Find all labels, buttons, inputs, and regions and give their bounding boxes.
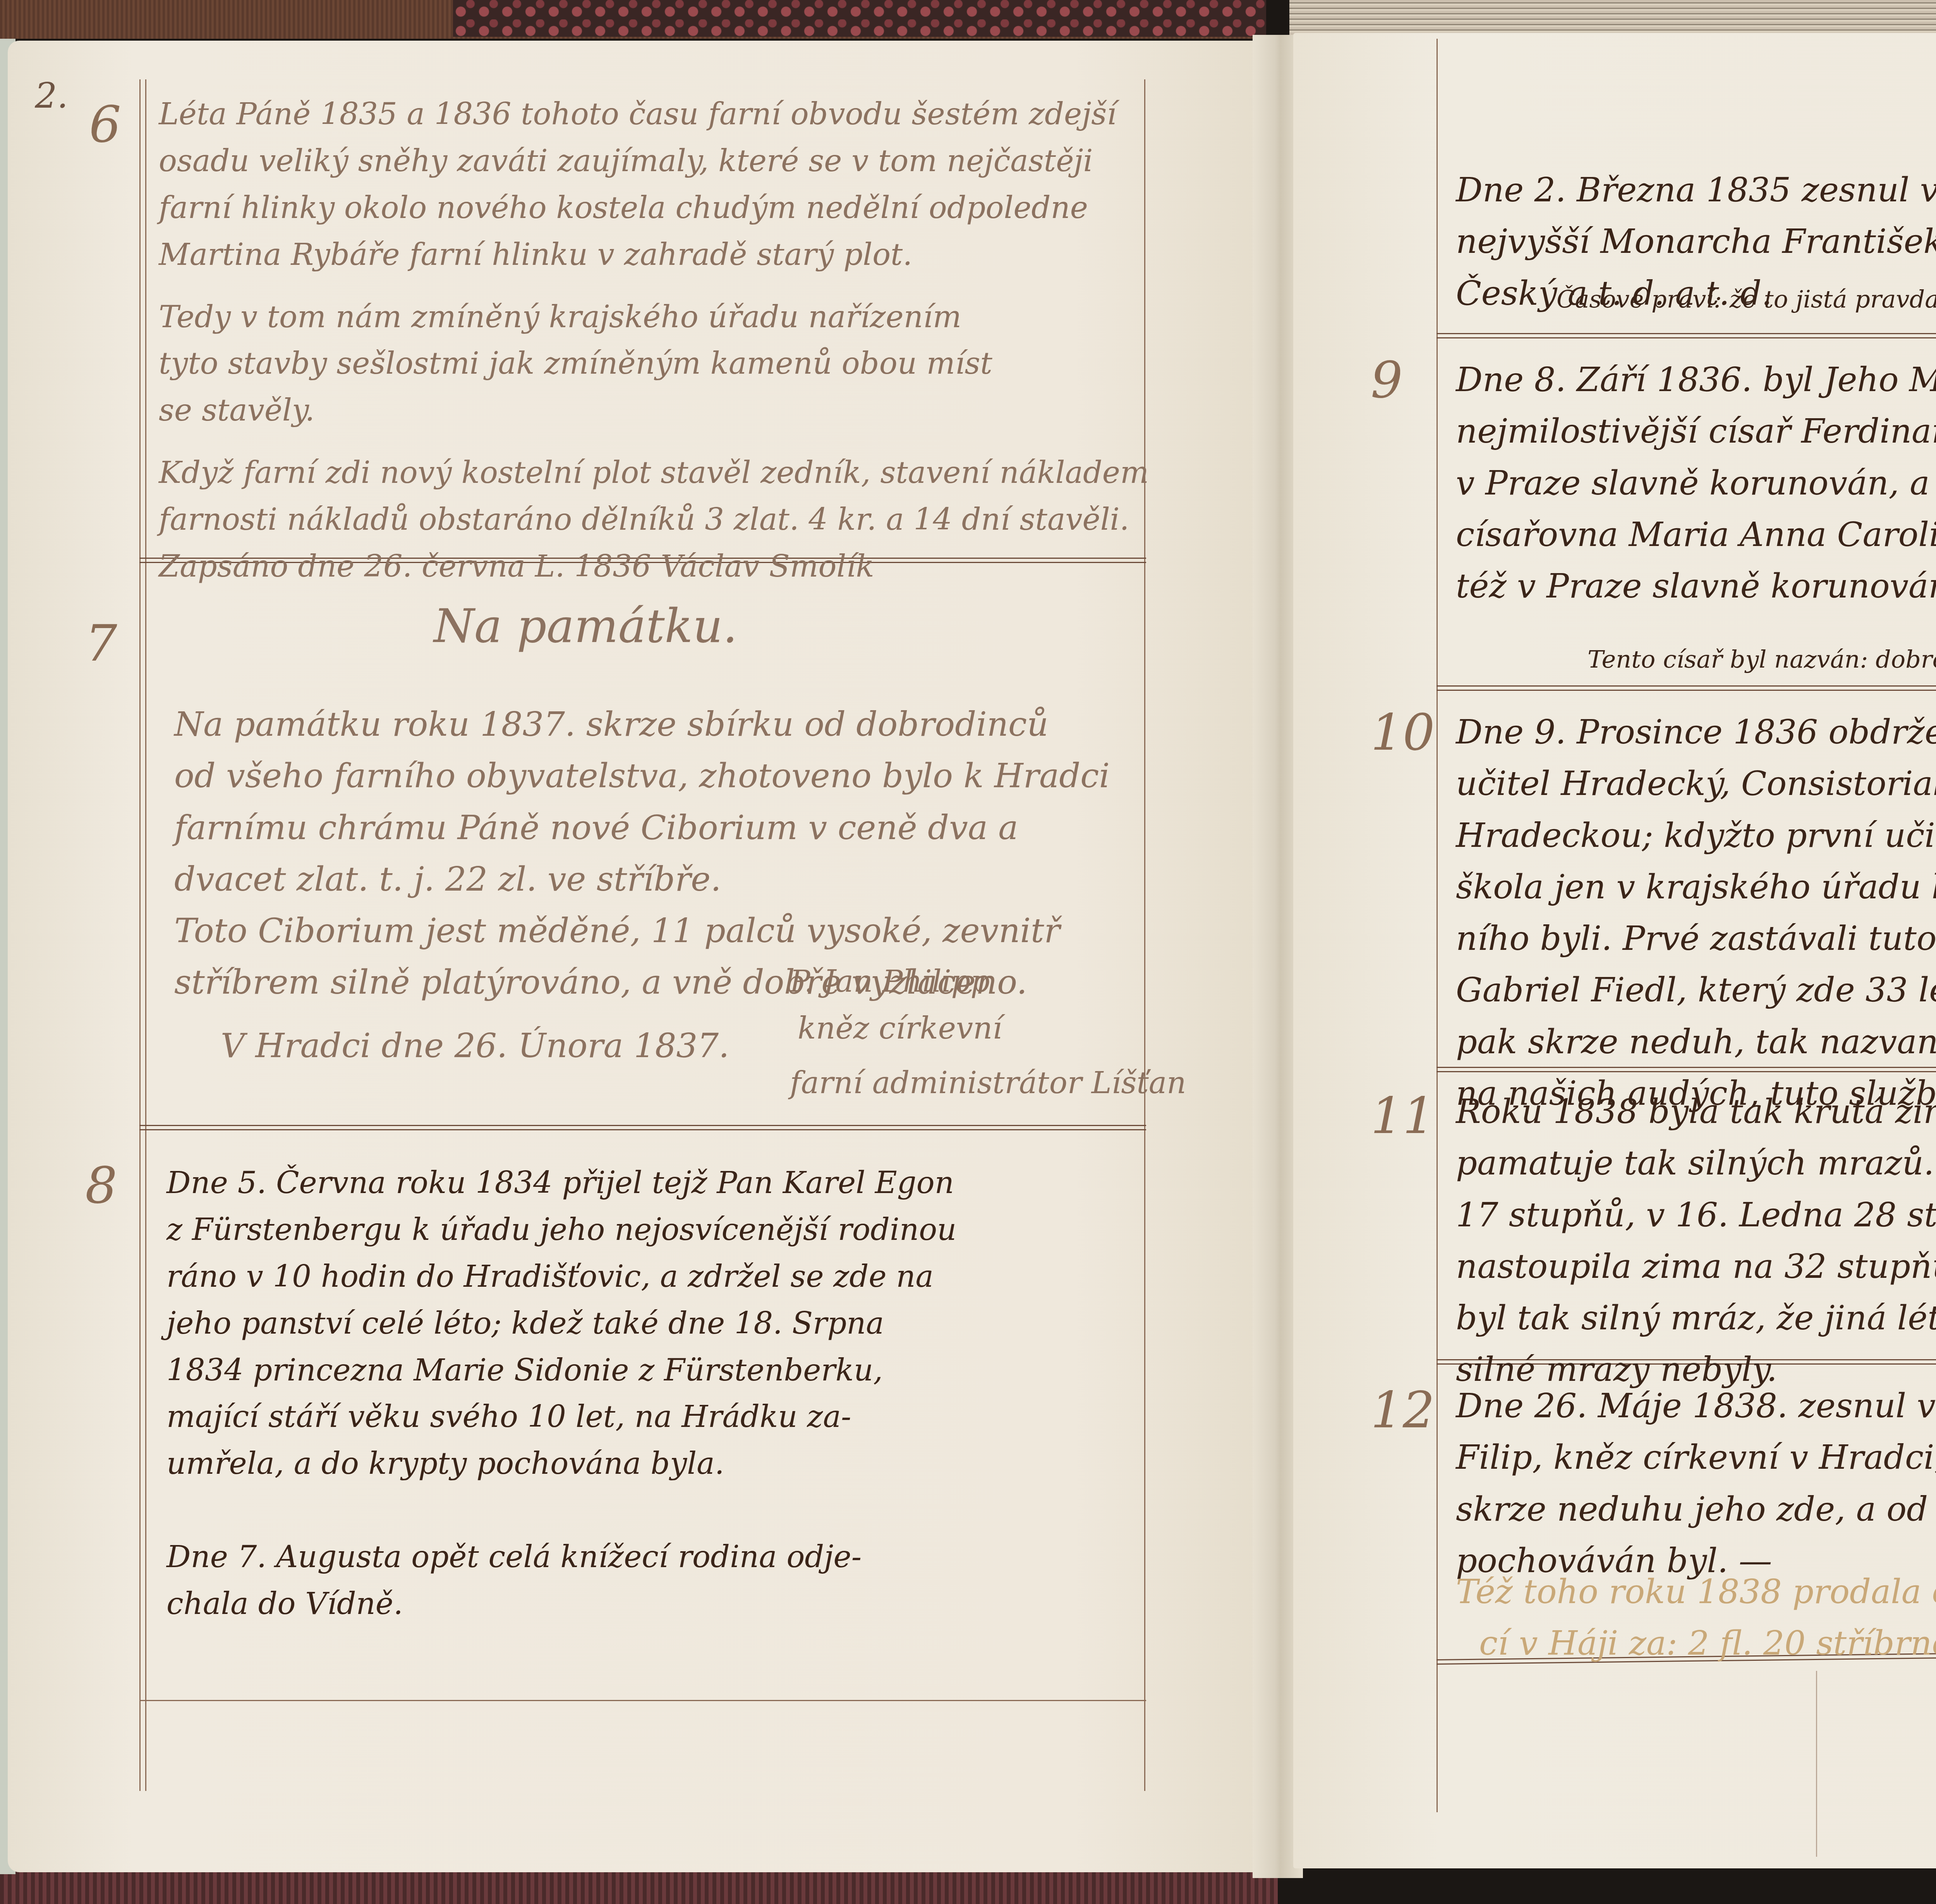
entry-number: 9 [1371, 350, 1403, 409]
entry-number: 6 [89, 95, 121, 154]
entry-divider [1437, 685, 1936, 691]
binding-leather-top [453, 0, 1266, 37]
binding-bottom [0, 1870, 1278, 1904]
entry-number: 11 [1371, 1086, 1435, 1145]
signature-block: P. Jan Philipp kněz církevní farní admin… [790, 958, 1186, 1107]
entry-annotation: Časové praví: že to jistá pravda, že byl… [1557, 281, 1936, 318]
column-rule [1816, 1671, 1817, 1857]
entry-9-text: Dne 8. Září 1836. byl Jeho Majestátnost … [1456, 354, 1936, 612]
right-page: 3. Dne 2. Března 1835 zesnul v Pánu náš … [1293, 33, 1936, 1868]
entry-number: 12 [1371, 1380, 1435, 1439]
page-edges-top [1289, 0, 1936, 35]
left-page: 2. 6 Léta Páně 1835 a 1836 tohoto času f… [8, 41, 1262, 1872]
entry-divider [139, 1700, 1146, 1701]
entry-number: 10 [1371, 703, 1435, 762]
entry-10-text: Dne 9. Prosince 1836 obdržel pan Antonín… [1456, 707, 1936, 1119]
entry-heading: Na památku. [434, 591, 738, 663]
entry-12-text: Dne 26. Máje 1838. zesnul v Pánu, Pan Ja… [1456, 1380, 1936, 1587]
entry-11-text: Roku 1838 byla tak krutá zima, že žádný … [1456, 1086, 1936, 1396]
margin-rule [1437, 39, 1438, 1812]
entry-number: 8 [85, 1156, 117, 1215]
entry-divider [139, 1125, 1146, 1130]
entry-annotation: Tento císař byl nazván: dobrotivý; proč … [1588, 641, 1936, 678]
later-addition-text: Též toho roku 1838 prodala obec Hradecká… [1456, 1566, 1936, 1670]
entry-number: 7 [85, 614, 117, 673]
entry-divider [1437, 333, 1936, 338]
entry-8-text: Dne 5. Června roku 1834 přijel tejž Pan … [166, 1160, 956, 1628]
margin-rule [145, 79, 146, 1791]
page-number: 2. [35, 76, 68, 116]
entry-6-text: Léta Páně 1835 a 1836 tohoto času farní … [159, 91, 1149, 590]
margin-rule [139, 79, 141, 1791]
